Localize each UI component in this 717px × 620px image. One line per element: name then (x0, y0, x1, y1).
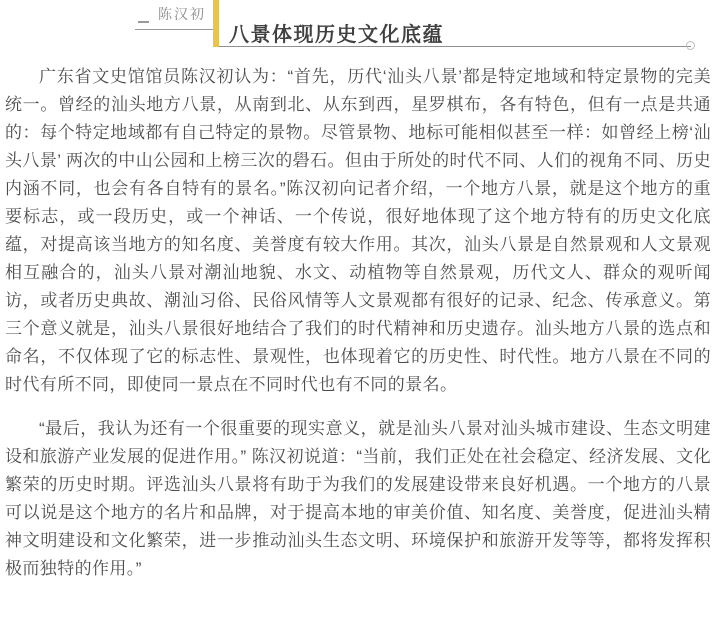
byline-underline (135, 29, 213, 30)
article-body: 广东省文史馆馆员陈汉初认为：“首先，历代‘汕头八景’都是特定地域和特定景物的完美… (0, 47, 717, 583)
author-byline: 陈汉初 (158, 4, 206, 24)
paragraph-2: “最后，我认为还有一个很重要的现实意义，就是汕头八景对汕头城市建设、生态文明建设… (5, 415, 711, 583)
byline-dash (138, 21, 149, 23)
paragraph-1: 广东省文史馆馆员陈汉初认为：“首先，历代‘汕头八景’都是特定地域和特定景物的完美… (5, 63, 711, 399)
title-accent-bar (213, 0, 219, 47)
article-header: 陈汉初 八景体现历史文化底蕴 (0, 0, 717, 48)
article-title: 八景体现历史文化底蕴 (229, 18, 444, 47)
